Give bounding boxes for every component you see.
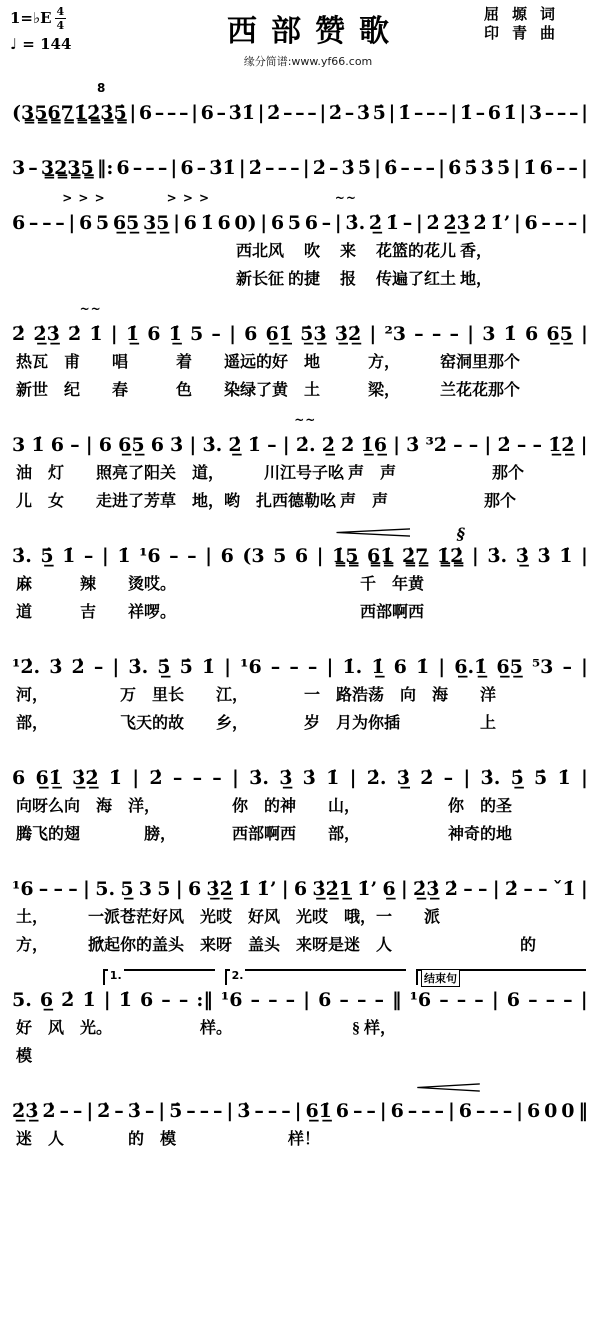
notation-token: – xyxy=(414,323,424,345)
notation-token: – xyxy=(186,1100,196,1122)
notation-token: – xyxy=(426,157,436,179)
notation-token: – xyxy=(523,878,533,900)
notation-token: 2̇ xyxy=(42,1100,55,1122)
notation-token: | xyxy=(438,157,445,179)
notation-token: | xyxy=(191,102,198,124)
notation-token: 5 xyxy=(288,212,301,234)
notation-token: 6 xyxy=(151,434,164,456)
notation-token: – xyxy=(568,157,578,179)
notation-token: 2̇ xyxy=(473,212,486,234)
notation-token: ²3 xyxy=(384,323,406,345)
notation-token: 6 xyxy=(184,212,197,234)
notation-token: | xyxy=(132,767,139,789)
notation-token: – xyxy=(563,989,573,1011)
notation-token: | xyxy=(104,989,111,1011)
notation-token: – xyxy=(167,102,177,124)
notation-token: – xyxy=(421,1100,431,1122)
system: §3̇.5̲̇1̇–|1̇¹6––|6(356|1̳̇5̳6̳1̳̇2̳̇7̳1… xyxy=(10,524,590,623)
notation-token: | xyxy=(581,767,588,789)
system: > > >> > >~~6–––|656̲5̲3̲5̲|61̇60)|656–|… xyxy=(10,191,590,290)
notation-token: | xyxy=(467,323,474,345)
notation-token: | xyxy=(581,878,588,900)
notation-token: 2̲̇ xyxy=(369,212,382,234)
notation-token: – xyxy=(517,434,527,456)
notation-token: – xyxy=(179,989,189,1011)
notation-token: – xyxy=(155,102,165,124)
notation-token: | xyxy=(282,878,289,900)
notation-token: 1̇ xyxy=(89,323,102,345)
notation-token: 2̇ xyxy=(505,878,518,900)
notation-token: – xyxy=(357,989,367,1011)
notation-token: 6̲1̲̇ xyxy=(266,323,292,345)
system: ¹2̇.3̇2̇–|3̇.5̲̇5̇1̇|¹6–––|1̇.1̲̇61̇|6̲.… xyxy=(10,635,590,734)
notation-token: 1̇ xyxy=(82,989,95,1011)
notation-token: | xyxy=(239,157,246,179)
notation-token: – xyxy=(283,102,293,124)
notation-token: – xyxy=(216,102,226,124)
notation-token: – xyxy=(145,157,155,179)
notation-token: – xyxy=(251,989,261,1011)
notation-token: ‖ xyxy=(578,1100,588,1122)
notation-line: 2̇2̲̇3̲̇2̇1̇|1̲̇61̲̇5–|66̲1̲̇5̲̇3̲̇3̲̇2̇… xyxy=(10,317,590,345)
page-title: 西部赞歌 xyxy=(132,6,484,50)
notation-token: 3̲̇ xyxy=(279,767,292,789)
key-text: 1=♭E xyxy=(10,8,52,29)
notation-token: 6 xyxy=(140,989,153,1011)
notation-token: 6 xyxy=(217,212,230,234)
notation-token: | xyxy=(581,989,588,1011)
notation-token: 3̇1̇ xyxy=(229,102,255,124)
notation-token: 6̲5̲ xyxy=(118,434,144,456)
notation-token: 5̇ xyxy=(534,767,547,789)
notation-token: 6 xyxy=(271,212,284,234)
crescendo-hairpin-icon xyxy=(335,528,410,537)
notation-token: 1̇ xyxy=(504,102,517,124)
notation-token: 5 xyxy=(157,878,170,900)
notation-token: 2̲̇3̲̇ xyxy=(33,323,59,345)
notation-token: 3̇ xyxy=(303,767,316,789)
notation-token: – xyxy=(197,157,207,179)
notation-token: – xyxy=(541,212,551,234)
notation-token: 6 xyxy=(79,212,92,234)
time-numerator: 4 xyxy=(55,6,67,19)
notation-token: – xyxy=(432,323,442,345)
notation-token: | xyxy=(229,323,236,345)
notation-token: 5̲̇ xyxy=(511,767,524,789)
notation-token: | xyxy=(438,656,445,678)
notation-token: 2̇ xyxy=(313,157,326,179)
notation-token: | xyxy=(581,212,588,234)
notation-token: 1̇ xyxy=(523,157,536,179)
notation-token: 3̇. xyxy=(12,545,32,567)
notation-token: 6̇ xyxy=(448,157,461,179)
notation-token: | xyxy=(514,212,521,234)
notation-token: – xyxy=(414,102,424,124)
notation-line: 3–3̳2̳3̳5̳‖:6–––|6–3̇1̇|2̇–––|2̇–3̇5̇|6̇… xyxy=(10,151,590,179)
system: 1.2.结束句5.6̲2̇1̇|1̇6––:‖¹6–––|6–––‖¹6–––|… xyxy=(10,968,590,1067)
notation-token: 3 xyxy=(482,323,495,345)
segno-icon: § xyxy=(457,524,466,543)
notation-token: | xyxy=(170,157,177,179)
notation-token: 2̇ xyxy=(249,157,262,179)
notation-token: 6 xyxy=(221,545,234,567)
lyricist-credit: 屈塬词 xyxy=(484,6,590,25)
annotation-row: 8 xyxy=(10,81,590,96)
notation-token: 3̇. xyxy=(202,434,222,456)
lyric-line: 热瓦 甫 唱 着 遥远的好 地 方， 窑洞里那个 xyxy=(10,353,590,373)
annotation-row xyxy=(10,136,590,151)
notation-token: 3̲̇2̲̇ xyxy=(335,323,361,345)
notation-token: 6̇ xyxy=(384,157,397,179)
notation-token: | xyxy=(326,656,333,678)
notation-token: 0 xyxy=(544,1100,557,1122)
notation-token: 6 xyxy=(244,323,257,345)
notation-line: 6–––|656̲5̲3̲5̲|61̇60)|656–|3̇.2̲̇1̇–|2̇… xyxy=(10,206,590,234)
notation-token: ¹6 xyxy=(12,878,34,900)
notation-token: – xyxy=(211,323,221,345)
notation-token: 3̇. xyxy=(481,767,501,789)
notation-token: – xyxy=(254,1100,264,1122)
notation-token: – xyxy=(54,878,64,900)
notation-token: | xyxy=(472,545,479,567)
notation-token: 2̲̇3̲̇ xyxy=(443,212,469,234)
notation-token: – xyxy=(28,157,38,179)
notation-token: 3̇. xyxy=(128,656,148,678)
notation-token: 5̇ xyxy=(464,157,477,179)
notation-line: ¹2̇.3̇2̇–|3̇.5̲̇5̇1̇|¹6–––|1̇.1̲̇61̇|6̲.… xyxy=(10,650,590,678)
notation-token: – xyxy=(557,102,567,124)
notation-token: | xyxy=(158,1100,165,1122)
notation-token: 3̲̇ xyxy=(516,545,529,567)
notation-token: | xyxy=(176,878,183,900)
notation-token: 1̇ xyxy=(460,102,473,124)
notation-token: 2̇ xyxy=(72,656,85,678)
notation-token: 6̲5̲ xyxy=(113,212,139,234)
notation-token: | xyxy=(463,767,470,789)
volta-bracket: 结束句 xyxy=(416,969,586,985)
lyric-line: 部， 飞天的故 乡， 岁 月为你插 上 xyxy=(10,714,590,734)
notation-token: 1̇’ xyxy=(357,878,377,900)
lyric-line: 油 灯 照亮了阳关 道， 川江号子吆 声 声 那个 xyxy=(10,464,590,484)
notation-token: – xyxy=(345,102,355,124)
notation-token: – xyxy=(133,157,143,179)
notation-token: 5̲ xyxy=(120,878,133,900)
notation-token: 6 xyxy=(391,1100,404,1122)
system: 8(3̳5̳6̳7̳1̳̇2̳̇3̳̇5̳̇|6–––|6–3̇1̇|2̇–––… xyxy=(10,81,590,124)
tempo-marking: ♩ = 144 xyxy=(10,35,132,53)
volta-label: 结束句 xyxy=(421,969,460,987)
annotation-row: § xyxy=(10,524,590,539)
notation-token: – xyxy=(329,157,339,179)
notation-token: 3 xyxy=(12,434,25,456)
notation-token: 1̲̇ xyxy=(371,656,384,678)
notation-token: – xyxy=(400,157,410,179)
notation-token: (3 xyxy=(242,545,264,567)
notation-token: 3̇ xyxy=(357,102,370,124)
watermark-text: 缘分简谱:www.yf66.com xyxy=(132,53,484,69)
notation-token: | xyxy=(581,434,588,456)
notation-token: – xyxy=(73,1100,83,1122)
notation-token: 5̇ xyxy=(169,1100,182,1122)
notation-token: – xyxy=(212,767,222,789)
notation-token: 2̳̇7̳ xyxy=(402,545,428,567)
lyric-line: 方， 掀起你的盖头 来呀 盖头 来呀是迷 人 的 xyxy=(10,936,590,956)
notation-token: 6 xyxy=(459,1100,472,1122)
notation-token: – xyxy=(463,878,473,900)
notation-token: 1̲̇2̲̇ xyxy=(548,434,574,456)
notation-token: 1̇ xyxy=(416,656,429,678)
notation-token: | xyxy=(205,545,212,567)
notation-token: 3̲̇ xyxy=(397,767,410,789)
notation-token: 6̲ xyxy=(382,878,395,900)
notation-token: 6̲1̲̇ xyxy=(305,1100,331,1122)
notation-token: 2̇ xyxy=(420,767,433,789)
notation-token: 3̇ xyxy=(128,1100,141,1122)
notation-token: | xyxy=(581,545,588,567)
notation-token: – xyxy=(489,1100,499,1122)
notation-token: 5̲̇ xyxy=(40,545,53,567)
notation-token: 5̇ xyxy=(373,102,386,124)
notation-token: 6 xyxy=(12,767,25,789)
sheet-music-page: 1=♭E 4 4 ♩ = 144 西部赞歌 缘分简谱:www.yf66.com … xyxy=(0,0,600,1150)
notation-token: – xyxy=(200,1100,210,1122)
notation-token: 6 xyxy=(525,212,538,234)
notation-token: 3̇1̇ xyxy=(209,157,235,179)
notation-token: | xyxy=(102,545,109,567)
notation-token: – xyxy=(503,1100,513,1122)
notation-token: 5 xyxy=(96,212,109,234)
notation-token: 2̲̇ xyxy=(228,434,241,456)
notation-token: – xyxy=(457,989,467,1011)
notation-token: 1̇ xyxy=(201,212,214,234)
notation-token: 6 xyxy=(488,102,501,124)
notation-token: ¹6 xyxy=(221,989,243,1011)
lyric-line: 儿 女 走进了芳草 地，哟 扎西德勒吆 声 声 那个 xyxy=(10,492,590,512)
notation-token: 5 xyxy=(190,323,203,345)
notation-token: 1̇ xyxy=(559,545,572,567)
notation-token: 3̳2̳3̳5̳ xyxy=(41,157,94,179)
notation-token: – xyxy=(94,656,104,678)
notation-token: – xyxy=(339,989,349,1011)
system: 3–3̳2̳3̳5̳‖:6–––|6–3̇1̇|2̇–––|2̇–3̇5̇|6̇… xyxy=(10,136,590,179)
notation-token: – xyxy=(158,157,168,179)
notation-token: 6 xyxy=(139,102,152,124)
notation-token: – xyxy=(568,212,578,234)
notation-token: – xyxy=(439,989,449,1011)
notation-token: 6 xyxy=(394,656,407,678)
notation-token: 5̇ xyxy=(180,656,193,678)
volta-bracket: 2. xyxy=(225,969,407,985)
notation-token: – xyxy=(403,212,413,234)
notation-token: – xyxy=(290,157,300,179)
notation-token: | xyxy=(112,656,119,678)
notation-token: 3̇ xyxy=(537,545,550,567)
notation-token: – xyxy=(169,545,179,567)
notation-token: – xyxy=(478,878,488,900)
notation-token: 2̇ xyxy=(267,102,280,124)
notation-token: 6 xyxy=(12,212,25,234)
notation-token: 1̇ xyxy=(504,323,517,345)
notation-token: 2̇. xyxy=(367,767,387,789)
notation-token: – xyxy=(161,989,171,1011)
lyric-line: 好 风 光。 样。 § 样， xyxy=(10,1019,590,1039)
system: 2̲̇3̲̇2̇––|2̇–3̇–|5̇–––|3̇–––|6̲1̲̇6––|6… xyxy=(10,1079,590,1150)
score: 8(3̳5̳6̳7̳1̳̇2̳̇3̳̇5̳̇|6–––|6–3̇1̇|2̇–––… xyxy=(10,81,590,1150)
notation-token: – xyxy=(307,102,317,124)
notation-token: | xyxy=(189,434,196,456)
notation-token: 3̇. xyxy=(249,767,269,789)
notation-token: 5̲̇ xyxy=(157,656,170,678)
notation-token: – xyxy=(84,545,94,567)
volta-label: 1. xyxy=(108,969,124,982)
lyric-line: 麻 辣 烫哎。 千 年黄 xyxy=(10,575,590,595)
notation-token: ¹6 xyxy=(410,989,432,1011)
notation-token: | xyxy=(319,102,326,124)
lyric-line: 河， 万 里长 江， 一 路浩荡 向 海 洋 xyxy=(10,686,590,706)
notation-token: 6 xyxy=(51,434,64,456)
notation-token: – xyxy=(278,157,288,179)
notation-token: 3̇. xyxy=(345,212,365,234)
notation-token: | xyxy=(581,157,588,179)
notation-token: – xyxy=(289,656,299,678)
notation-token: 6 xyxy=(527,1100,540,1122)
lyric-line: 新长征 的捷 报 传遍了红土 地， xyxy=(10,270,590,290)
notation-token: – xyxy=(426,102,436,124)
notation-token: ¹6 xyxy=(240,656,262,678)
notation-token: | xyxy=(450,102,457,124)
lyric-line: 迷 人 的 模 样！ xyxy=(10,1130,590,1150)
notation-token: 1̇’ xyxy=(490,212,510,234)
notation-token: | xyxy=(83,878,90,900)
notation-token: 6 xyxy=(147,323,160,345)
notation-token: 6 xyxy=(116,157,129,179)
annotation-row xyxy=(10,746,590,761)
notation-token: – xyxy=(281,1100,291,1122)
notation-token: – xyxy=(438,102,448,124)
volta-label: 2. xyxy=(230,969,246,982)
notation-token: – xyxy=(469,434,479,456)
notation-token: 6 xyxy=(318,989,331,1011)
notation-token: – xyxy=(308,656,318,678)
notation-token: 1̇ xyxy=(117,545,130,567)
notation-token: :‖ xyxy=(196,989,213,1011)
notation-token: 6 xyxy=(507,989,520,1011)
notation-token: – xyxy=(179,102,189,124)
notation-token: 6̲5̲ xyxy=(496,656,522,678)
mordent-icon: ~~ xyxy=(335,191,357,205)
notation-token: – xyxy=(556,157,566,179)
notation-token: 2̇ xyxy=(97,1100,110,1122)
notation-line: 2̲̇3̲̇2̇––|2̇–3̇–|5̇–––|3̇–––|6̲1̲̇6––|6… xyxy=(10,1094,590,1122)
volta-bracket: 1. xyxy=(103,969,215,985)
notation-token: 1̲̇6̲ xyxy=(361,434,387,456)
notation-token: – xyxy=(449,323,459,345)
notation-token: 0 xyxy=(561,1100,574,1122)
notation-token: – xyxy=(562,656,572,678)
notation-token: – xyxy=(538,878,548,900)
notation-token: | xyxy=(350,767,357,789)
notation-token: – xyxy=(408,1100,418,1122)
notation-token: 1̳̇2̳̇ xyxy=(437,545,463,567)
notation-token: 2̲̇3̲̇ xyxy=(12,1100,38,1122)
notation-token: 5. xyxy=(95,878,115,900)
notation-token: | xyxy=(581,102,588,124)
notation-token: – xyxy=(444,767,454,789)
accent-marks-icon: > > > xyxy=(62,191,106,205)
mordent-icon: ~~ xyxy=(80,302,102,316)
notation-line: 66̲1̲̇3̲̇2̲̇1̇|2̇–––|3̇.3̲̇3̇1̇|2̇.3̲̇2̇… xyxy=(10,761,590,789)
lyric-line: 向呀么向 海 洋， 你 的神 山， 你 的圣 xyxy=(10,797,590,817)
notation-token: – xyxy=(173,767,183,789)
notation-token: 1̲̇ xyxy=(126,323,139,345)
accent-marks-icon: > > > xyxy=(167,191,211,205)
notation-token: – xyxy=(476,102,486,124)
notation-token: 1̇ xyxy=(248,434,261,456)
notation-token: | xyxy=(86,1100,93,1122)
notation-token: | xyxy=(111,323,118,345)
notation-token: 3̇ xyxy=(342,157,355,179)
notation-token: 2̇ xyxy=(341,434,354,456)
notation-token: 1̇. xyxy=(342,656,362,678)
composer-credit: 印青曲 xyxy=(484,25,590,44)
notation-token: 6 xyxy=(188,878,201,900)
notation-token: | xyxy=(448,1100,455,1122)
notation-token: | xyxy=(317,545,324,567)
notation-token: – xyxy=(295,102,305,124)
notation-token: | xyxy=(224,656,231,678)
annotation-row xyxy=(10,857,590,872)
notation-token: | xyxy=(581,323,588,345)
notation-token: – xyxy=(60,1100,70,1122)
notation-token: | xyxy=(492,989,499,1011)
notation-token: 6̳1̳̇ xyxy=(367,545,393,567)
notation-token: – xyxy=(555,212,565,234)
credits-block: 屈塬词 印青曲 xyxy=(484,6,590,44)
notation-token: – xyxy=(474,989,484,1011)
notation-token: 6̲ xyxy=(40,989,53,1011)
notation-token: | xyxy=(303,989,310,1011)
notation-token: – xyxy=(286,989,296,1011)
mordent-icon: ~~ xyxy=(294,413,316,427)
notation-token: – xyxy=(375,989,385,1011)
lyric-line: 腾飞的翅 膀， 西部啊西 部， 神奇的地 xyxy=(10,825,590,845)
notation-token: 6 xyxy=(294,878,307,900)
notation-token: 3̇ xyxy=(237,1100,250,1122)
notation-token: 2̇ xyxy=(497,434,510,456)
notation-token: 3̲̇2̲̇ xyxy=(72,767,98,789)
notation-token: – xyxy=(268,989,278,1011)
notation-token: | xyxy=(401,878,408,900)
notation-token: ‖ xyxy=(392,989,402,1011)
notation-token: 2̲̇ xyxy=(322,434,335,456)
notation-token: – xyxy=(569,102,579,124)
notation-token: 1̇ xyxy=(558,767,571,789)
notation-token: 1̇ xyxy=(31,434,44,456)
annotation-row xyxy=(10,635,590,650)
notation-token: 6̲.1̲̇ xyxy=(454,656,487,678)
notation-token: ¹6 xyxy=(139,545,161,567)
annotation-row xyxy=(10,1079,590,1094)
notation-token: 6 xyxy=(201,102,214,124)
notation-token: 1̳̇5̳ xyxy=(332,545,358,567)
notation-token: – xyxy=(114,1100,124,1122)
notation-token: – xyxy=(435,1100,445,1122)
notation-token: – xyxy=(453,434,463,456)
notation-token: 1̇ xyxy=(202,656,215,678)
lyric-line: 土， 一派苍茫好风 光哎 好风 光哎 哦，一 派 xyxy=(10,908,590,928)
notation-token: – xyxy=(546,989,556,1011)
notation-token: | xyxy=(283,434,290,456)
